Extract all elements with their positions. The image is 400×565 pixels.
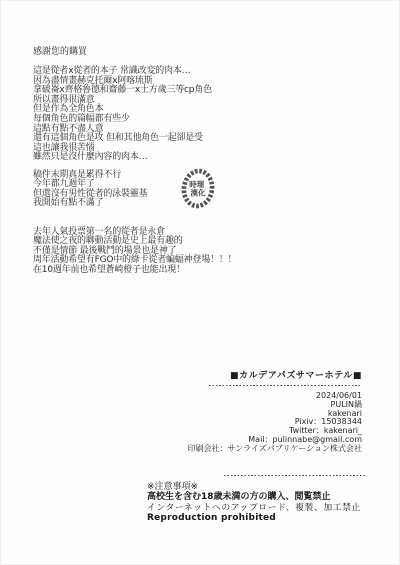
doujin-afterword-page: 感謝您的購買 這是從者x從者的本子 常識改変的肉本… 因為盡情畫赫克托爾x阿喀琉…: [0, 0, 400, 565]
afterword-paragraph-3: 去年人氣投票第一名的從者是永倉 魔法使之夜的聯動活動是史上最有趣的 不僅是情節 …: [33, 228, 236, 275]
thanks-text: 感謝您的購買: [33, 47, 87, 57]
afterword-line: 在10週年前也希望蒼崎橙子也能出現！: [33, 266, 236, 275]
notice-age-restriction: 高校生を含む18歳未満の方の購入、閲覧禁止: [147, 492, 361, 502]
colophon-block: ■カルデアパズサマーホテル■ 2024/06/01 PULIN鍋 kakenar…: [188, 368, 362, 454]
book-title: ■カルデアパズサマーホテル■: [188, 368, 362, 381]
colophon-info: 2024/06/01 PULIN鍋 kakenari Pixiv：1503834…: [188, 392, 362, 454]
notice-english: Reproduction prohibited: [147, 513, 361, 523]
afterword-line: 雖然只是沒什麼內容的肉本…: [33, 153, 212, 163]
notice-upload-prohibition: インターネットへのアップロード、複製、加工禁止: [147, 503, 361, 513]
notice-header: ※注意事項※: [147, 482, 361, 492]
printer-name: 印刷会社：サンライズパブリケーション株式会社: [188, 445, 362, 454]
stamp-text: 時瑠 漢化: [189, 179, 207, 198]
divider-line: [224, 475, 366, 476]
notice-block: ※注意事項※ 高校生を含む18歳未満の方の購入、閲覧禁止 インターネットへのアッ…: [147, 482, 361, 524]
translator-wreath-stamp: 時瑠 漢化: [181, 168, 215, 209]
afterword-line: 我開始有點不滿了: [33, 199, 147, 208]
divider-line: [209, 385, 362, 386]
afterword-paragraph-2: 稿件末期真是累得不行 今年都九週年了 但還沒有男性從者的泳裝靈基 我開始有點不滿…: [33, 171, 147, 209]
afterword-paragraph-1: 這是從者x從者的本子 常識改変的肉本… 因為盡情畫赫克托爾x阿喀琉斯 拿破崙x齊…: [33, 67, 212, 163]
